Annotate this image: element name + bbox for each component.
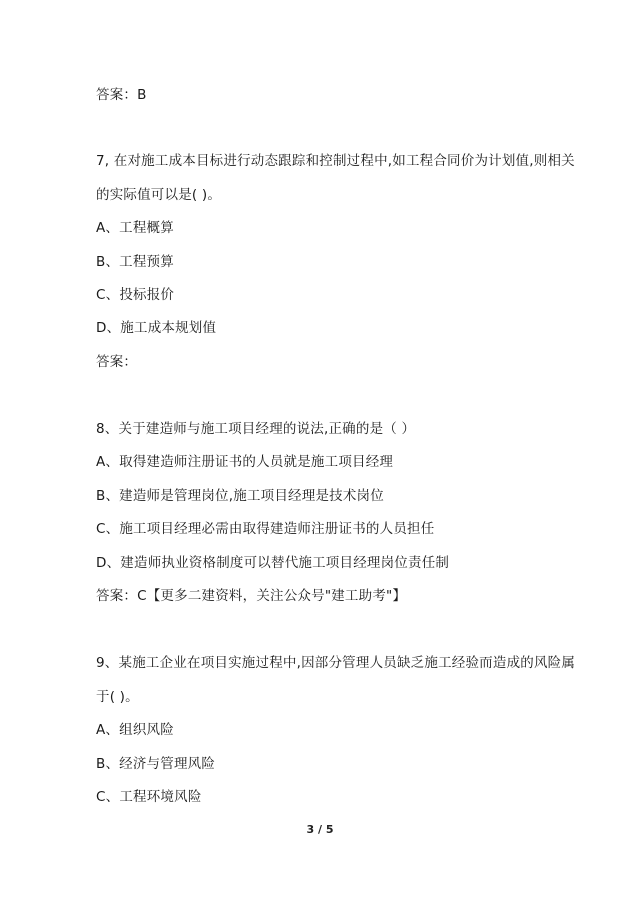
previous-answer: 答案：B <box>96 87 147 103</box>
q8-option-b: B、建造师是管理岗位,施工项目经理是技术岗位 <box>96 488 384 504</box>
page-number: 3 / 5 <box>0 823 640 836</box>
q7-option-d: D、施工成本规划值 <box>96 320 216 336</box>
q9-option-a: A、组织风险 <box>96 722 174 738</box>
q9-stem-line2: 于( )。 <box>96 689 139 705</box>
q7-answer: 答案： <box>96 354 137 370</box>
q8-option-c: C、施工项目经理必需由取得建造师注册证书的人员担任 <box>96 521 434 537</box>
q7-option-a: A、工程概算 <box>96 220 174 236</box>
q7-option-b: B、工程预算 <box>96 254 174 270</box>
q8-answer: 答案：C【更多二建资料，关注公众号"建工助考"】 <box>96 588 406 604</box>
q9-option-b: B、经济与管理风险 <box>96 756 215 772</box>
q8-stem: 8、关于建造师与施工项目经理的说法,正确的是（ ） <box>96 421 415 437</box>
q8-option-a: A、取得建造师注册证书的人员就是施工项目经理 <box>96 454 393 470</box>
q7-stem-line2: 的实际值可以是( )。 <box>96 187 221 203</box>
q8-option-d: D、建造师执业资格制度可以替代施工项目经理岗位责任制 <box>96 555 449 571</box>
q7-stem-line1: 7, 在对施工成本目标进行动态跟踪和控制过程中,如工程合同价为计划值,则相关 <box>96 153 575 169</box>
q9-option-c: C、工程环境风险 <box>96 789 202 805</box>
q7-option-c: C、投标报价 <box>96 287 174 303</box>
q9-stem-line1: 9、某施工企业在项目实施过程中,因部分管理人员缺乏施工经验而造成的风险属 <box>96 655 575 671</box>
